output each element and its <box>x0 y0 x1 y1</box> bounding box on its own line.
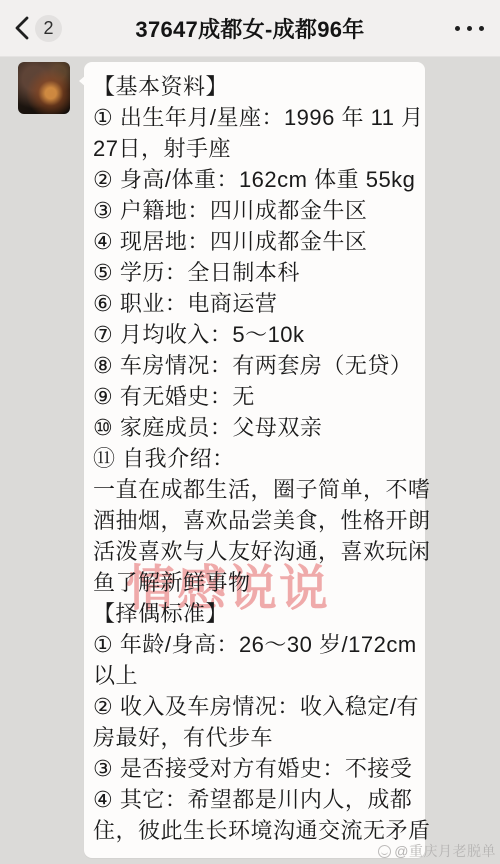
page-title: 37647成都女-成都96年 <box>0 0 500 56</box>
navbar: 2 37647成都女-成都96年 <box>0 0 500 57</box>
message-line: 【基本资料】 <box>93 71 419 102</box>
wechat-chat-screen: 2 37647成都女-成都96年 【基本资料】① 出生年月/星座：1996 年 … <box>0 0 500 864</box>
message-line: ⑥ 职业：电商运营 <box>93 288 419 319</box>
message-line: ① 年龄/身高：26～30 岁/172cm <box>93 629 419 660</box>
unread-count-badge: 2 <box>35 15 62 42</box>
message-line: ⑦ 月均收入：5～10k <box>93 319 419 350</box>
message-line: ② 身高/体重：162cm 体重 55kg <box>93 164 419 195</box>
message-bubble[interactable]: 【基本资料】① 出生年月/星座：1996 年 11 月27日，射手座② 身高/体… <box>84 62 425 858</box>
message-line: ④ 现居地：四川成都金牛区 <box>93 226 419 257</box>
contact-avatar[interactable] <box>18 62 70 114</box>
message-line: ③ 是否接受对方有婚史：不接受 <box>93 753 419 784</box>
message-line: 活泼喜欢与人友好沟通，喜欢玩闲 <box>93 536 419 567</box>
message-line: ③ 户籍地：四川成都金牛区 <box>93 195 419 226</box>
chat-area: 【基本资料】① 出生年月/星座：1996 年 11 月27日，射手座② 身高/体… <box>0 57 500 864</box>
message-line: 房最好，有代步车 <box>93 722 419 753</box>
more-button[interactable] <box>455 0 500 56</box>
back-chevron-icon <box>14 16 30 40</box>
message-line: 鱼了解新鲜事物 <box>93 567 419 598</box>
message-line: ⑩ 家庭成员：父母双亲 <box>93 412 419 443</box>
message-line: ② 收入及车房情况：收入稳定/有 <box>93 691 419 722</box>
message-line: 酒抽烟，喜欢品尝美食，性格开朗 <box>93 505 419 536</box>
message-row: 【基本资料】① 出生年月/星座：1996 年 11 月27日，射手座② 身高/体… <box>18 62 425 858</box>
message-line: 住，彼此生长环境沟通交流无矛盾 <box>93 815 419 846</box>
message-line: 27日，射手座 <box>93 133 419 164</box>
message-line: ① 出生年月/星座：1996 年 11 月 <box>93 102 419 133</box>
message-line: ⑧ 车房情况：有两套房（无贷） <box>93 350 419 381</box>
message-line: ④ 其它：希望都是川内人，成都 <box>93 784 419 815</box>
message-line: 以上 <box>93 660 419 691</box>
back-button[interactable]: 2 <box>0 15 62 42</box>
ellipsis-icon <box>455 26 484 31</box>
message-line: ⑨ 有无婚史：无 <box>93 381 419 412</box>
message-line: 【择偶标准】 <box>93 598 419 629</box>
message-line: ⑪ 自我介绍： <box>93 443 419 474</box>
message-line: 一直在成都生活，圈子简单，不嗜 <box>93 474 419 505</box>
message-text: 【基本资料】① 出生年月/星座：1996 年 11 月27日，射手座② 身高/体… <box>93 71 419 846</box>
message-line: ⑤ 学历：全日制本科 <box>93 257 419 288</box>
